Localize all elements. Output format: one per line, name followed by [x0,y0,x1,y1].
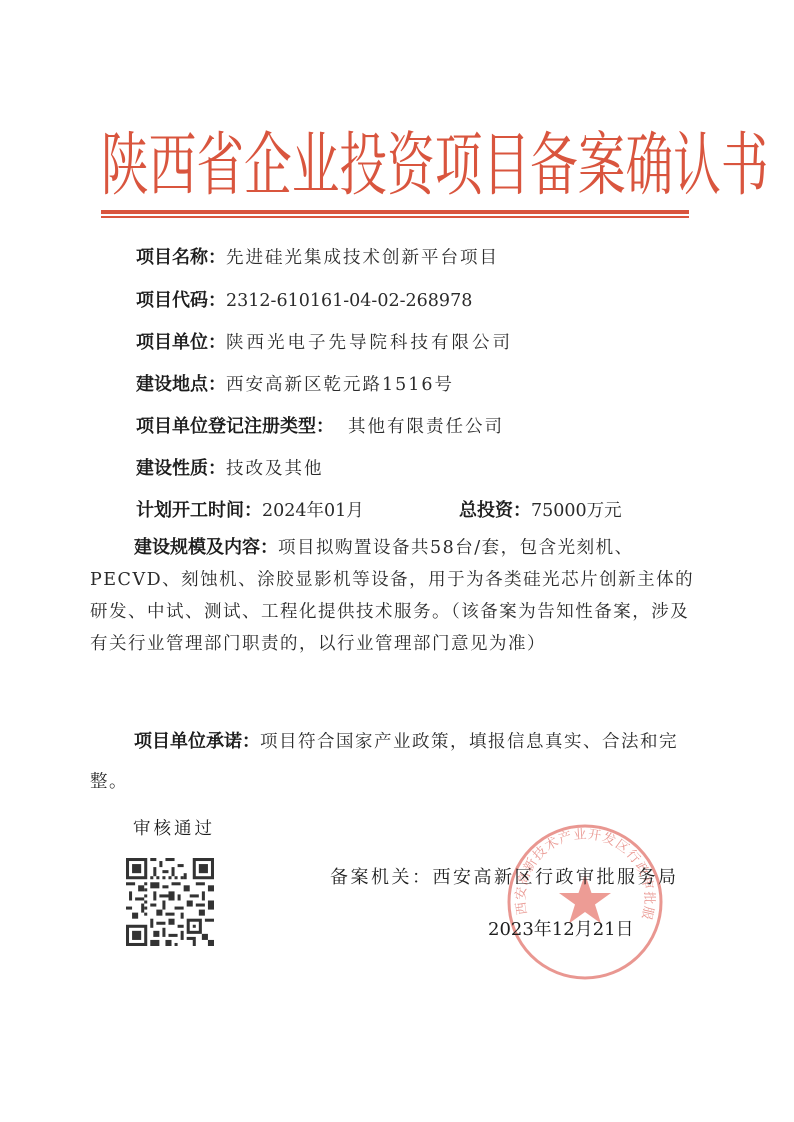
field-label: 项目单位： [136,332,226,353]
commitment-paragraph: 项目单位承诺：项目符合国家产业政策，填报信息真实、合法和完整。 [90,722,696,802]
authority-label: 备案机关： [330,867,433,888]
title-rule-thick [101,210,689,214]
field-registration-type: 项目单位登记注册类型：其他有限责任公司 [136,412,504,438]
commitment-label: 项目单位承诺： [134,731,260,752]
authority-line: 备案机关：西安高新区行政审批服务局 [330,863,679,889]
field-value: 技改及其他 [226,459,324,479]
field-project-code: 项目代码：2312-610161-04-02-268978 [136,286,472,312]
field-value: 2024年01月 [262,501,364,521]
field-label: 建设地点： [136,374,226,395]
approval-status: 审核通过 [133,815,215,840]
field-start-time: 计划开工时间：2024年01月 [136,496,364,522]
field-project-name: 项目名称：先进硅光集成技术创新平台项目 [136,243,499,269]
field-nature: 建设性质：技改及其他 [136,454,324,480]
field-project-unit: 项目单位：陕西光电子先导院科技有限公司 [136,328,513,354]
field-label: 项目名称： [136,247,226,268]
field-label: 项目单位登记注册类型： [136,416,334,437]
title-rule-thin [101,216,689,218]
field-label: 总投资： [459,500,531,521]
field-label: 建设性质： [136,458,226,479]
document-title: 陕西省企业投资项目备案确认书 [101,114,660,219]
scope-paragraph: 建设规模及内容：项目拟购置设备共58台/套，包含光刻机、PECVD、刻蚀机、涂胶… [90,532,696,660]
field-label: 计划开工时间： [136,500,262,521]
field-label: 项目代码： [136,290,226,311]
scope-label: 建设规模及内容： [134,537,278,558]
authority-value: 西安高新区行政审批服务局 [433,867,679,888]
field-value: 先进硅光集成技术创新平台项目 [226,248,499,268]
field-value: 陕西光电子先导院科技有限公司 [226,333,513,353]
field-total-investment: 总投资：75000万元 [459,496,622,522]
field-value: 75000万元 [531,501,622,521]
field-value: 其他有限责任公司 [348,417,504,437]
field-value: 西安高新区乾元路1516号 [226,375,454,395]
document-date: 2023年12月21日 [488,915,634,941]
official-seal: 西安高新技术产业开发区行政审批服务局 [505,822,665,982]
field-value: 2312-610161-04-02-268978 [226,291,472,311]
field-location: 建设地点：西安高新区乾元路1516号 [136,370,454,396]
qr-code [126,858,214,946]
